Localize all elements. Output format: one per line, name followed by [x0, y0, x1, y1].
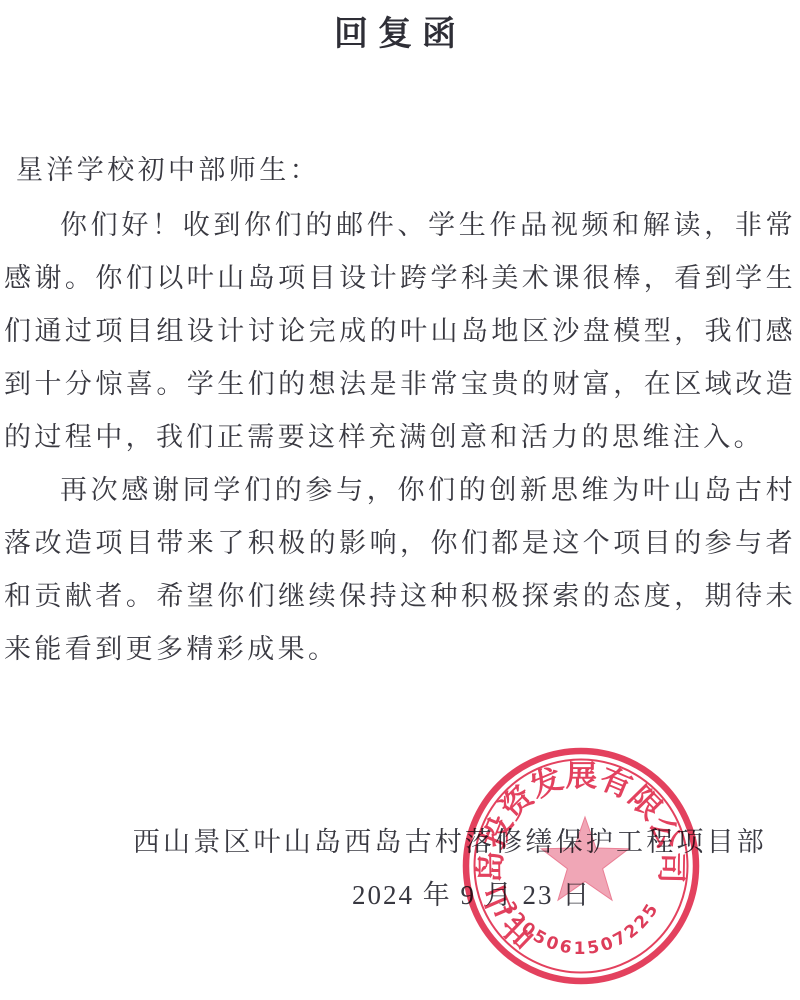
company-stamp-seal: 叶山岛投资发展有限公司 3205061507225: [450, 735, 712, 997]
salutation: 星洋学校初中部师生：: [16, 148, 320, 187]
star-icon: [541, 817, 628, 900]
stamp-code-text: 3205061507225: [498, 898, 664, 959]
paragraph-2: 再次感谢同学们的参与，你们的创新思维为叶山岛古村落改造项目带来了积极的影响，你们…: [4, 464, 796, 676]
letter-page: 回复函 星洋学校初中部师生： 你们好！收到你们的邮件、学生作品视频和解读，非常感…: [0, 0, 800, 1000]
paragraph-1: 你们好！收到你们的邮件、学生作品视频和解读，非常感谢。你们以叶山岛项目设计跨学科…: [4, 199, 796, 464]
svg-text:3205061507225: 3205061507225: [498, 898, 664, 959]
letter-title: 回复函: [0, 6, 800, 55]
letter-body: 你们好！收到你们的邮件、学生作品视频和解读，非常感谢。你们以叶山岛项目设计跨学科…: [4, 199, 796, 676]
